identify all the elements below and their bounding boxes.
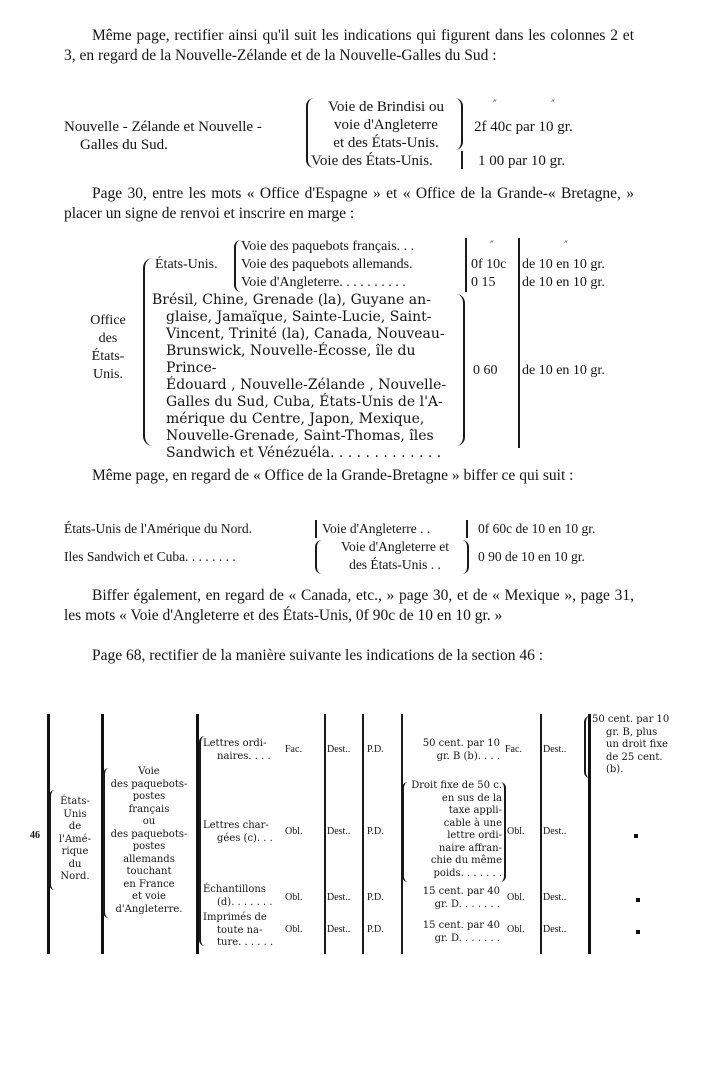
paragraph-3-text: Même page, en regard de « Office de la G… bbox=[92, 467, 573, 484]
right-brace bbox=[455, 98, 463, 150]
ditto-mark: ״ bbox=[564, 238, 568, 251]
note-brace bbox=[584, 716, 590, 778]
route-line: postes bbox=[106, 791, 192, 804]
ditto-mark: ״ bbox=[490, 238, 494, 251]
cell-departure: Fac. bbox=[285, 744, 302, 757]
cell-note: 50 cent. par 10 gr. B, plus un droit fix… bbox=[592, 714, 676, 777]
routes-brace bbox=[234, 240, 241, 292]
tax-line: en sus de la bbox=[406, 793, 502, 806]
cell-tax: 15 cent. par 40 gr. D. . . . . . . bbox=[404, 920, 500, 945]
office-label-1: Office bbox=[80, 312, 136, 329]
document-page: Même page, rectifier ainsi qu'il suit le… bbox=[0, 0, 701, 1078]
column-rule bbox=[324, 714, 326, 954]
row-2-rate: 0 90 de 10 en 10 gr. bbox=[478, 548, 585, 565]
type-line: (d). . . . . . . bbox=[203, 897, 281, 910]
route-line: ou bbox=[106, 816, 192, 829]
route-line: des paquebots- bbox=[106, 829, 192, 842]
route-line: touchant bbox=[106, 866, 192, 879]
country-label-2: Galles du Sud. bbox=[80, 136, 168, 154]
row-1-country: États-Unis de l'Amérique du Nord. bbox=[64, 520, 252, 537]
note-line: gr. B, plus bbox=[592, 727, 676, 740]
cell-tax: 15 cent. par 40 gr. D. . . . . . . bbox=[404, 886, 500, 911]
route-2: Voie des États-Unis. bbox=[311, 152, 433, 170]
tax-line: 15 cent. par 40 bbox=[404, 886, 500, 899]
price-england: 0 15 bbox=[471, 274, 496, 291]
route-line: français bbox=[106, 804, 192, 817]
office-label-4: Unis. bbox=[80, 366, 136, 383]
countries-brace bbox=[456, 294, 465, 446]
bullet-icon bbox=[634, 834, 638, 838]
country-line: mérique du Centre, Japon, Mexique, bbox=[152, 411, 462, 428]
country-line: rique bbox=[54, 846, 96, 859]
country-line: glaise, Jamaïque, Sainte-Lucie, Saint- bbox=[152, 309, 462, 326]
paragraph-2-text: Page 30, entre les mots « Office d'Espag… bbox=[64, 185, 634, 222]
cell-departure: Obl. bbox=[285, 924, 303, 937]
route-1-line-3: et des États-Unis. bbox=[311, 134, 461, 152]
paragraph-5-text: Page 68, rectifier de la manière suivant… bbox=[92, 647, 543, 664]
row-type: Échantillons (d). . . . . . . bbox=[203, 884, 281, 909]
note-line: de 25 cent. bbox=[592, 752, 676, 765]
countries-price: 0 60 bbox=[473, 362, 498, 379]
country-column: États- Unis de l'Amé- rique du Nord. bbox=[54, 796, 96, 884]
cell-destination: Dest.. bbox=[327, 924, 350, 937]
type-line: toute na- bbox=[203, 925, 281, 938]
cell-destination: Dest.. bbox=[327, 826, 350, 839]
country-line: l'Amé- bbox=[54, 834, 96, 847]
office-label-3: États- bbox=[80, 348, 136, 365]
cell-departure-2: Obl. bbox=[507, 826, 525, 839]
country-line: Édouard , Nouvelle-Zélande , Nouvelle- bbox=[152, 377, 462, 394]
row-2-brace-right bbox=[462, 540, 469, 574]
cell-destination: Dest.. bbox=[327, 892, 350, 905]
route-column: Voie des paquebots- postes français ou d… bbox=[106, 766, 192, 916]
ditto-mark: ״ bbox=[493, 97, 497, 110]
ditto-mark: ״ bbox=[551, 97, 555, 110]
tax-line: naire affran- bbox=[406, 843, 502, 856]
tax-line: gr. D. . . . . . . bbox=[404, 899, 500, 912]
country-line: Nouvelle-Grenade, Saint-Thomas, îles bbox=[152, 428, 462, 445]
country-line: Unis bbox=[54, 809, 96, 822]
cell-destination-2: Dest.. bbox=[543, 744, 566, 757]
paragraph-1: Même page, rectifier ainsi qu'il suit le… bbox=[64, 26, 634, 66]
column-rule bbox=[540, 714, 542, 954]
bullet-icon bbox=[636, 930, 640, 934]
row-2-route-line-1: Voie d'Angleterre et bbox=[320, 538, 470, 555]
countries-unit: de 10 en 10 gr. bbox=[522, 362, 605, 379]
paragraph-4-text: Biffer également, en regard de « Canada,… bbox=[64, 587, 634, 624]
tax-line: chie du même bbox=[406, 855, 502, 868]
country-line: États- bbox=[54, 796, 96, 809]
rate-1: 2f 40c par 10 gr. bbox=[474, 118, 573, 136]
note-line: un droit fixe bbox=[592, 739, 676, 752]
note-line: (b). bbox=[592, 764, 676, 777]
note-line: 50 cent. par 10 bbox=[592, 714, 676, 727]
route-1-line-2: voie d'Angleterre bbox=[311, 116, 461, 134]
tax-brace-right bbox=[500, 782, 506, 882]
type-line: naires. . . . bbox=[203, 751, 281, 764]
row-type: Lettres ordi- naires. . . . bbox=[203, 738, 281, 763]
route-line: d'Angleterre. bbox=[106, 904, 192, 917]
tax-line: gr. D. . . . . . . bbox=[404, 933, 500, 946]
country-label: Nouvelle - Zélande et Nouvelle - bbox=[64, 118, 262, 136]
route-line: postes bbox=[106, 841, 192, 854]
cell-pd: P.D. bbox=[367, 892, 384, 905]
countries-list: Brésil, Chine, Grenade (la), Guyane an- … bbox=[152, 292, 462, 462]
us-label: États-Unis. bbox=[155, 256, 218, 273]
tax-line: 50 cent. par 10 bbox=[404, 738, 500, 751]
type-line: gées (c). . . bbox=[203, 833, 281, 846]
office-label-2: des bbox=[80, 330, 136, 347]
cell-departure-2: Fac. bbox=[505, 744, 522, 757]
cell-pd: P.D. bbox=[367, 826, 384, 839]
cell-departure: Obl. bbox=[285, 892, 303, 905]
route-england: Voie d'Angleterre. . . . . . . . . . bbox=[241, 274, 406, 291]
row-type: Imprimés de toute na- ture. . . . . . bbox=[203, 912, 281, 950]
country-line: Galles du Sud, Cuba, États-Unis de l'A- bbox=[152, 394, 462, 411]
row-1-rate: 0f 60c de 10 en 10 gr. bbox=[478, 520, 595, 537]
row-type: Lettres char- gées (c). . . bbox=[203, 820, 281, 845]
paragraph-4: Biffer également, en regard de « Canada,… bbox=[64, 586, 634, 626]
type-line: Lettres ordi- bbox=[203, 738, 281, 751]
unit-german: de 10 en 10 gr. bbox=[522, 256, 605, 273]
cell-departure-2: Obl. bbox=[507, 924, 525, 937]
cell-pd: P.D. bbox=[367, 744, 384, 757]
type-line: Lettres char- bbox=[203, 820, 281, 833]
tax-line: poids. . . . . . . bbox=[406, 868, 502, 881]
rate-2: 1 00 par 10 gr. bbox=[478, 152, 565, 170]
paragraph-2: Page 30, entre les mots « Office d'Espag… bbox=[64, 184, 634, 224]
cell-destination-2: Dest.. bbox=[543, 826, 566, 839]
country-line: Vincent, Trinité (la), Canada, Nouveau- bbox=[152, 326, 462, 343]
type-line: ture. . . . . . bbox=[203, 937, 281, 950]
unit-england: de 10 en 10 gr. bbox=[522, 274, 605, 291]
tax-line: gr. B (b). . . . bbox=[404, 751, 500, 764]
cell-departure-2: Obl. bbox=[507, 892, 525, 905]
tax-line: Droit fixe de 50 c. bbox=[406, 780, 502, 793]
bullet-icon bbox=[636, 898, 640, 902]
column-rule bbox=[362, 714, 364, 954]
cell-pd: P.D. bbox=[367, 924, 384, 937]
tax-line: 15 cent. par 40 bbox=[404, 920, 500, 933]
column-rule bbox=[466, 520, 468, 538]
country-line: Nord. bbox=[54, 871, 96, 884]
column-rule bbox=[461, 151, 463, 169]
cell-destination-2: Dest.. bbox=[543, 892, 566, 905]
country-line: Sandwich et Vénézuéla. . . . . . . . . .… bbox=[152, 445, 462, 462]
country-line: du bbox=[54, 859, 96, 872]
type-line: Échantillons bbox=[203, 884, 281, 897]
cell-tax: Droit fixe de 50 c. en sus de la taxe ap… bbox=[406, 780, 502, 880]
country-line: Brunswick, Nouvelle-Écosse, île du Princ… bbox=[152, 343, 462, 377]
row-1-route: Voie d'Angleterre . . bbox=[322, 520, 430, 537]
row-2-route-line-2: des États-Unis . . bbox=[320, 556, 470, 573]
route-line: Voie bbox=[106, 766, 192, 779]
column-rule bbox=[465, 238, 467, 292]
route-german: Voie des paquebots allemands. bbox=[241, 256, 413, 273]
paragraph-1-text: Même page, rectifier ainsi qu'il suit le… bbox=[64, 27, 634, 64]
cell-tax: 50 cent. par 10 gr. B (b). . . . bbox=[404, 738, 500, 763]
type-line: Imprimés de bbox=[203, 912, 281, 925]
route-line: allemands bbox=[106, 854, 192, 867]
tax-line: lettre ordi- bbox=[406, 830, 502, 843]
price-german: 0f 10c bbox=[471, 256, 506, 273]
route-line: en France bbox=[106, 879, 192, 892]
row-2-country: Iles Sandwich et Cuba. . . . . . . . bbox=[64, 548, 236, 565]
paragraph-3: Même page, en regard de « Office de la G… bbox=[64, 466, 634, 486]
column-rule bbox=[518, 238, 520, 448]
route-line: et voie bbox=[106, 891, 192, 904]
cell-destination-2: Dest.. bbox=[543, 924, 566, 937]
cell-departure: Obl. bbox=[285, 826, 303, 839]
country-line: de bbox=[54, 821, 96, 834]
country-line: Brésil, Chine, Grenade (la), Guyane an- bbox=[152, 292, 462, 309]
paragraph-5: Page 68, rectifier de la manière suivant… bbox=[64, 646, 634, 666]
tax-line: taxe appli- bbox=[406, 805, 502, 818]
tax-line: cable à une bbox=[406, 818, 502, 831]
column-rule bbox=[315, 520, 317, 538]
route-line: des paquebots- bbox=[106, 779, 192, 792]
route-french: Voie des paquebots français. . . bbox=[241, 238, 414, 255]
cell-destination: Dest.. bbox=[327, 744, 350, 757]
route-1-line-1: Voie de Brindisi ou bbox=[311, 98, 461, 116]
section-number: 46 bbox=[30, 830, 40, 843]
